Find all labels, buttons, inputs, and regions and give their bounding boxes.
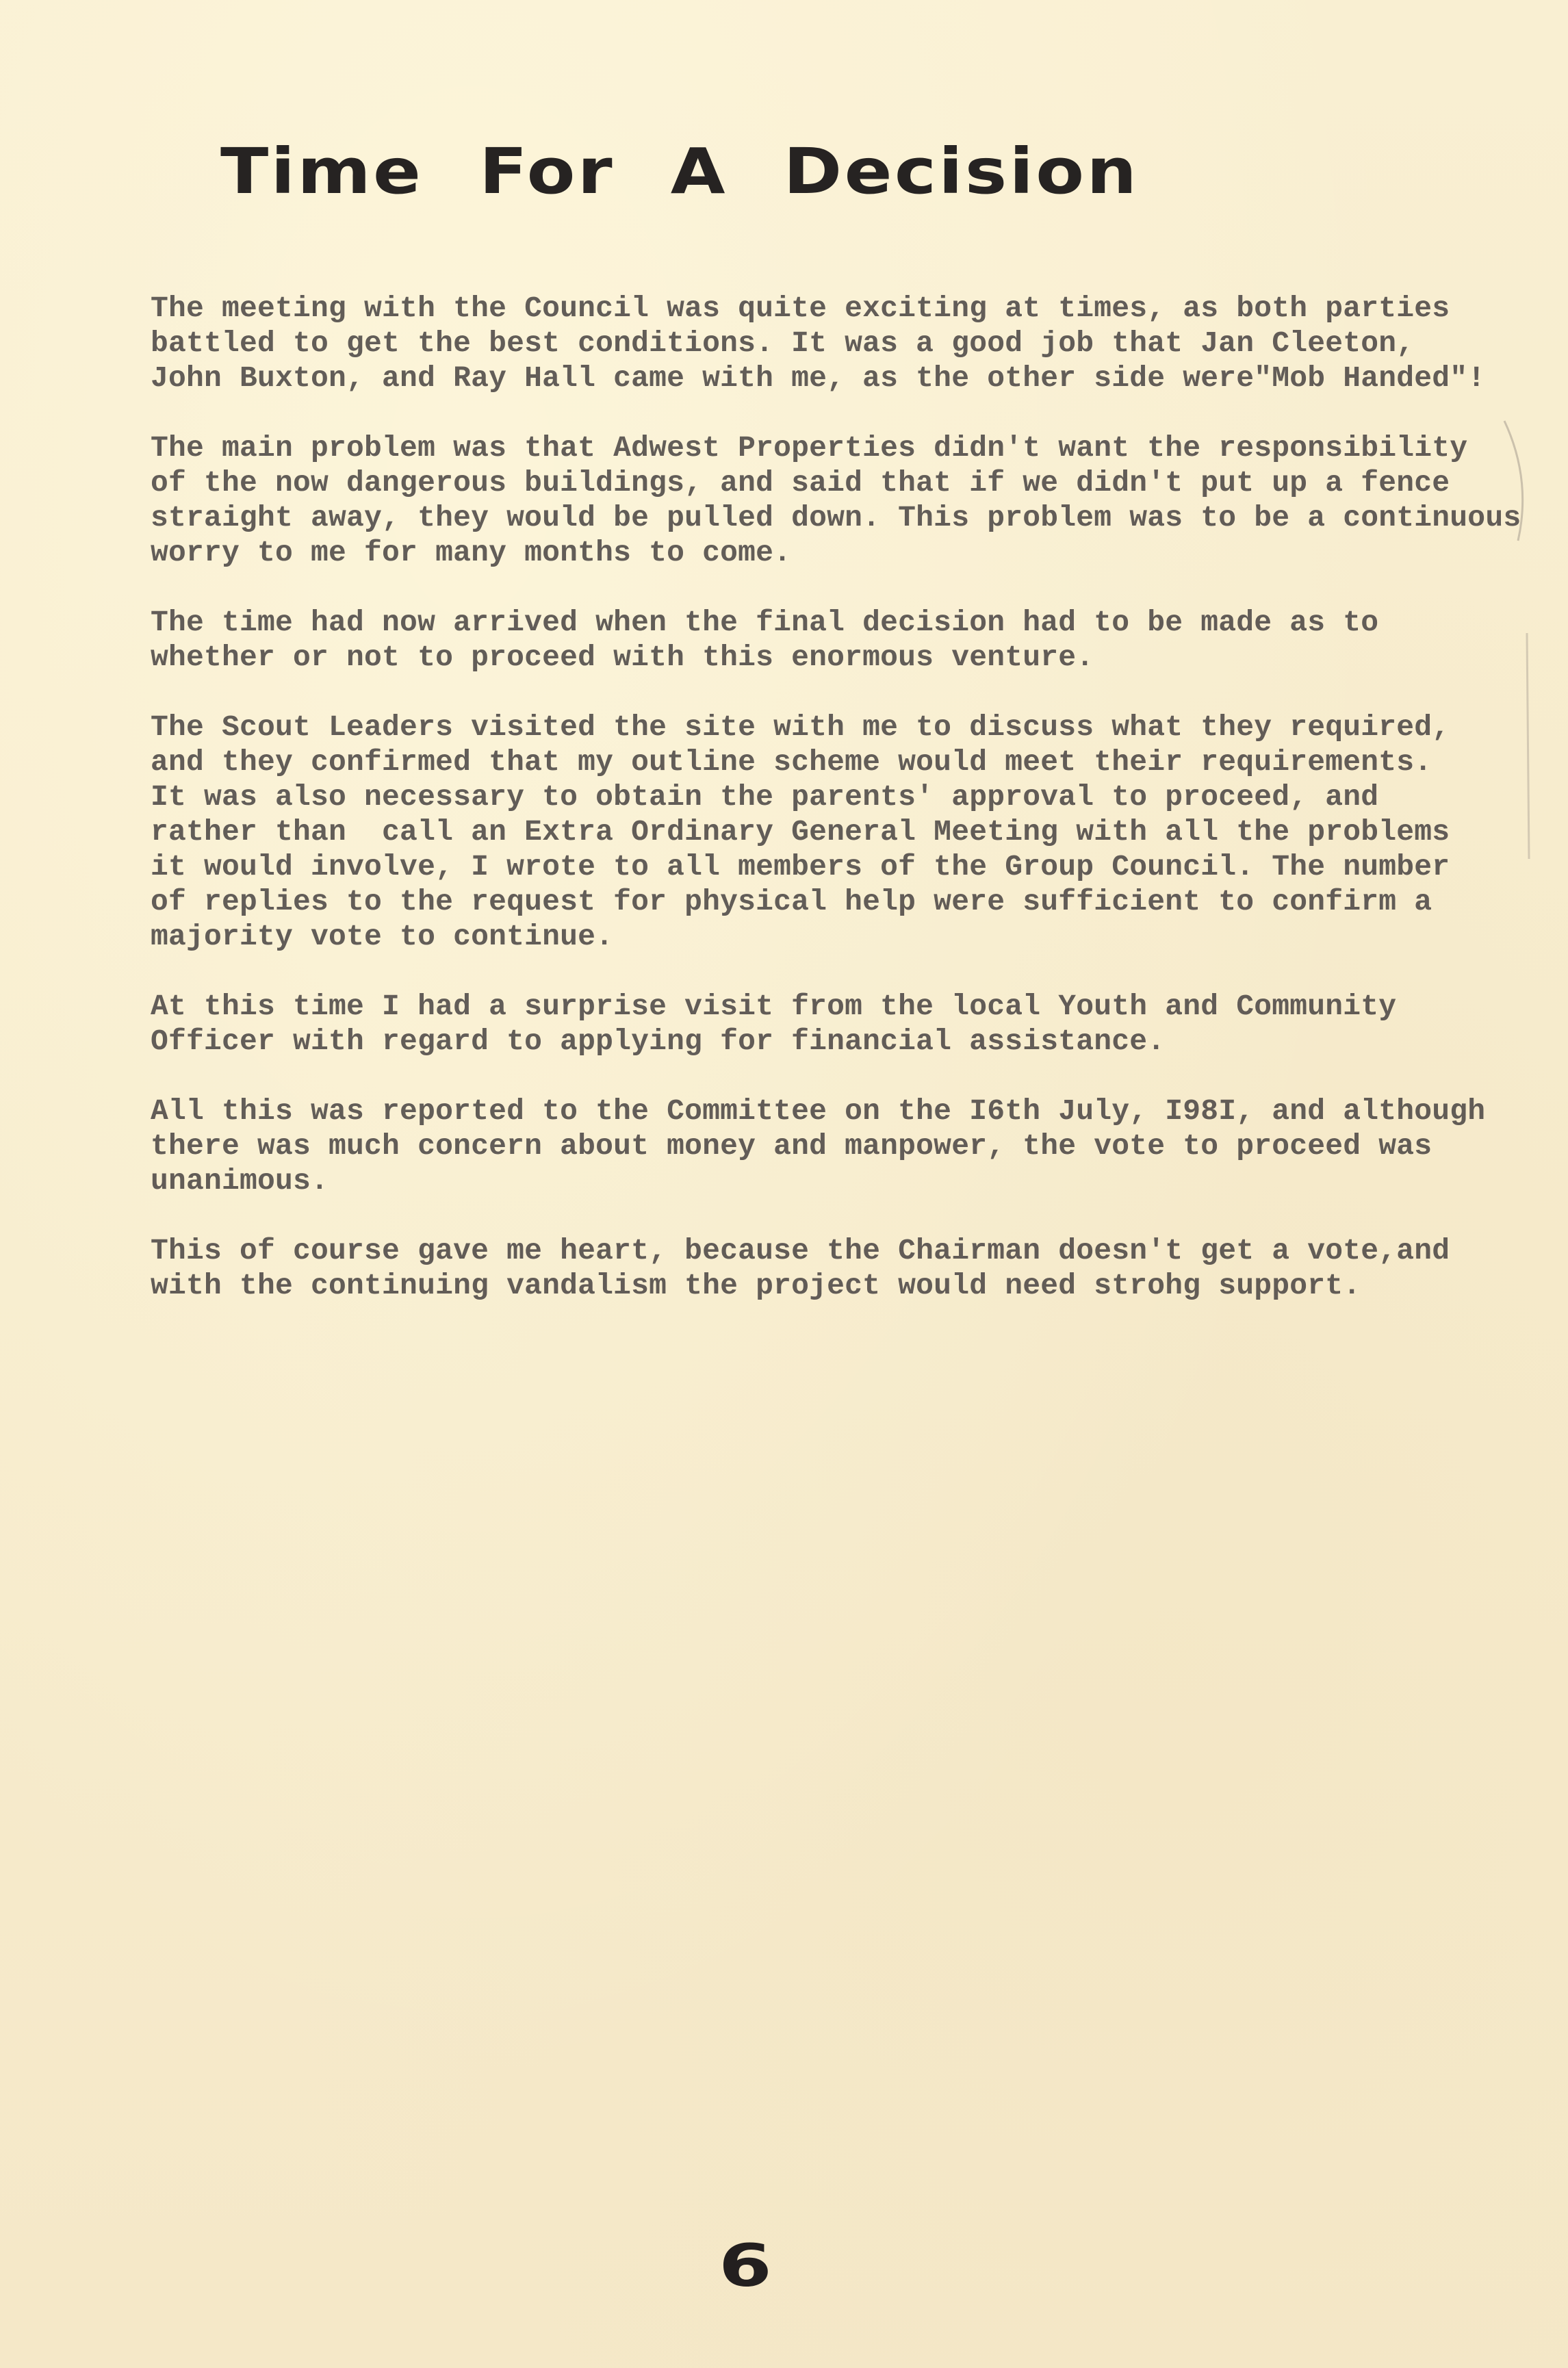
text-line: whether or not to proceed with this enor… (151, 640, 1492, 675)
text-line: It was also necessary to obtain the pare… (151, 780, 1492, 814)
text-line: John Buxton, and Ray Hall came with me, … (151, 361, 1492, 396)
text-line: majority vote to continue. (151, 919, 1492, 954)
text-line: The time had now arrived when the final … (151, 605, 1492, 640)
text-line: and they confirmed that my outline schem… (151, 745, 1492, 780)
paragraph-6: All this was reported to the Committee o… (151, 1094, 1492, 1198)
text-line: straight away, they would be pulled down… (151, 500, 1492, 535)
paragraph-5: At this time I had a surprise visit from… (151, 989, 1492, 1059)
text-line: there was much concern about money and m… (151, 1129, 1492, 1163)
paragraph-2: The main problem was that Adwest Propert… (151, 430, 1492, 570)
text-line: This of course gave me heart, because th… (151, 1233, 1492, 1268)
text-line: The Scout Leaders visited the site with … (151, 710, 1492, 745)
text-line: rather than call an Extra Ordinary Gener… (151, 814, 1492, 849)
text-line: battled to get the best conditions. It w… (151, 326, 1492, 361)
text-line: of replies to the request for physical h… (151, 884, 1492, 919)
paragraph-7: This of course gave me heart, because th… (151, 1233, 1492, 1303)
body-text: The meeting with the Council was quite e… (151, 291, 1492, 1338)
page-title: Time For A Decision (220, 140, 1139, 203)
paragraph-4: The Scout Leaders visited the site with … (151, 710, 1492, 954)
text-line: At this time I had a surprise visit from… (151, 989, 1492, 1024)
page-number: 6 (719, 2237, 772, 2295)
text-line: with the continuing vandalism the projec… (151, 1268, 1492, 1303)
text-line: Officer with regard to applying for fina… (151, 1024, 1492, 1059)
text-line: All this was reported to the Committee o… (151, 1094, 1492, 1129)
text-line: The meeting with the Council was quite e… (151, 291, 1492, 326)
paragraph-3: The time had now arrived when the final … (151, 605, 1492, 675)
text-line: it would involve, I wrote to all members… (151, 849, 1492, 884)
text-line: unanimous. (151, 1163, 1492, 1198)
paragraph-1: The meeting with the Council was quite e… (151, 291, 1492, 396)
text-line: worry to me for many months to come. (151, 535, 1492, 570)
text-line: The main problem was that Adwest Propert… (151, 430, 1492, 465)
text-line: of the now dangerous buildings, and said… (151, 465, 1492, 500)
